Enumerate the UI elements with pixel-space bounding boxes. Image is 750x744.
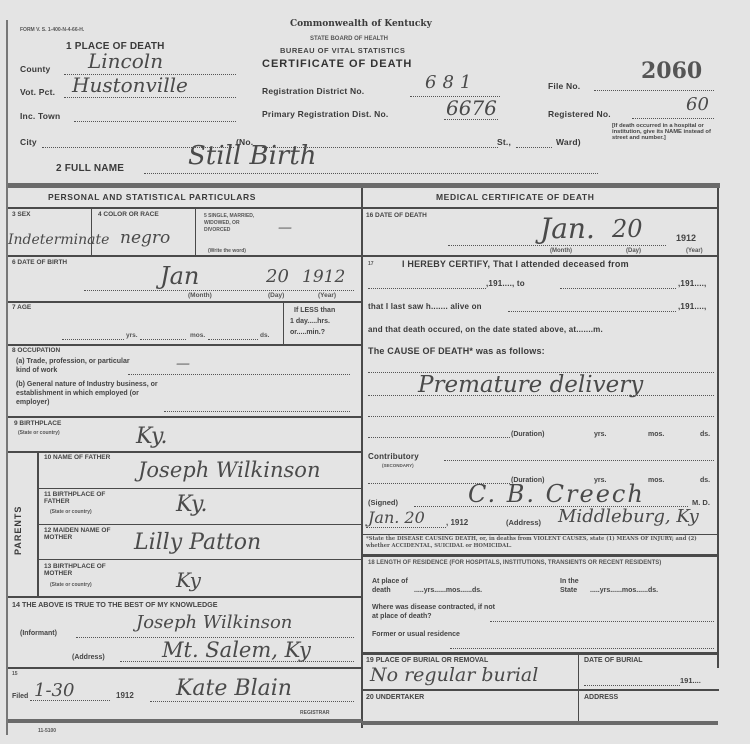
duration-ds-1: ds. bbox=[700, 431, 710, 438]
primary-registration-label: Primary Registration Dist. No. bbox=[262, 109, 388, 119]
right-border bbox=[717, 188, 719, 668]
bureau-title: BUREAU OF VITAL STATISTICS bbox=[280, 47, 405, 55]
dob-month[interactable]: Jan bbox=[160, 262, 199, 290]
age-label: 7 AGE bbox=[12, 305, 31, 312]
row-rule-burial bbox=[362, 652, 719, 655]
full-name-value[interactable]: Still Birth bbox=[188, 141, 317, 171]
county-label: County bbox=[20, 64, 50, 74]
commonwealth-title: Commonwealth of Kentucky bbox=[290, 19, 432, 29]
race-label: 4 COLOR OR RACE bbox=[98, 212, 159, 219]
personal-heading-rule bbox=[8, 207, 361, 209]
ward-label: Ward) bbox=[556, 137, 581, 147]
death-occurred-text: and that death occured, on the date stat… bbox=[368, 325, 603, 334]
signed-year: , 1912 bbox=[446, 519, 468, 527]
row-rule-filed bbox=[8, 667, 361, 669]
mother-name-label: 12 MAIDEN NAME OF MOTHER bbox=[44, 528, 124, 542]
age-days-unit: ds. bbox=[260, 332, 269, 339]
less-than-label: If LESS than bbox=[294, 307, 335, 314]
race-marital-divider bbox=[195, 209, 196, 255]
informant-heading: 14 THE ABOVE IS TRUE TO THE BEST OF MY K… bbox=[12, 601, 218, 609]
county-value[interactable]: Lincoln bbox=[88, 49, 163, 73]
occupation-label: 8 OCCUPATION bbox=[12, 348, 60, 355]
filed-date[interactable]: 1-30 bbox=[34, 680, 74, 701]
contributory-line bbox=[444, 460, 714, 461]
occupation-b-line bbox=[164, 411, 350, 412]
signed-label: (Signed) bbox=[368, 499, 398, 507]
certify-text: I HEREBY CERTIFY, That I attended deceas… bbox=[402, 259, 629, 269]
former-residence-label: Former or usual residence bbox=[372, 630, 462, 639]
sex-race-divider bbox=[91, 209, 92, 255]
dob-year-caption: (Year) bbox=[318, 292, 336, 299]
row-rule-age bbox=[8, 301, 361, 303]
inc-town-label: Inc. Town bbox=[20, 111, 60, 121]
full-name-line bbox=[144, 173, 598, 174]
undertaker-label: 20 UNDERTAKER bbox=[366, 694, 424, 701]
registrar-signature[interactable]: Kate Blain bbox=[176, 676, 292, 701]
street-st-label: St., bbox=[497, 137, 511, 147]
father-name-value[interactable]: Joseph Wilkinson bbox=[138, 458, 320, 482]
vot-pct-label: Vot. Pct. bbox=[20, 87, 55, 97]
in-state-units: .....yrs......mos......ds. bbox=[590, 587, 658, 594]
dod-year[interactable]: 1912 bbox=[676, 234, 696, 243]
in-state-label: In the State bbox=[560, 578, 590, 596]
filed-date-line bbox=[30, 700, 110, 701]
registered-no-value[interactable]: 60 bbox=[686, 94, 709, 115]
hospital-note: [If death occurred in a hospital or inst… bbox=[612, 123, 716, 141]
board-title: STATE BOARD OF HEALTH bbox=[310, 36, 388, 42]
contributory-label: Contributory bbox=[368, 452, 419, 461]
dod-year-caption: (Year) bbox=[686, 248, 703, 254]
duration-line-1 bbox=[368, 437, 510, 438]
attended-191-b: ,191...., bbox=[678, 279, 706, 288]
cause-line-2 bbox=[368, 395, 714, 396]
file-no-label: File No. bbox=[548, 81, 580, 91]
burial-value[interactable]: No regular burial bbox=[370, 664, 538, 686]
bottom-band-left bbox=[8, 719, 362, 723]
registrar-label: REGISTRAR bbox=[300, 710, 329, 716]
filed-label: Filed bbox=[12, 693, 28, 700]
attended-to-line bbox=[560, 288, 676, 289]
birthplace-label: 9 BIRTHPLACE bbox=[14, 421, 61, 428]
filed-year: 1912 bbox=[116, 692, 134, 700]
row-rule-undertaker bbox=[362, 689, 719, 691]
attended-from-line bbox=[368, 288, 486, 289]
at-place-units: .....yrs......mos......ds. bbox=[414, 587, 482, 594]
birthplace-value[interactable]: Ky. bbox=[136, 424, 168, 449]
personal-heading: PERSONAL AND STATISTICAL PARTICULARS bbox=[48, 192, 256, 202]
parents-label: PARENTS bbox=[13, 506, 23, 555]
row-rule-occupation bbox=[8, 344, 361, 346]
father-birthplace-label: 11 BIRTHPLACE OF FATHER bbox=[44, 492, 124, 506]
inc-town-line bbox=[74, 121, 236, 122]
less-than-min: or.....min.? bbox=[290, 329, 325, 336]
city-label: City bbox=[20, 137, 37, 147]
form-number: FORM V. S. 1-400-N-4-66-H. bbox=[20, 27, 84, 33]
file-number: 2060 bbox=[641, 58, 702, 84]
dod-month-caption: (Month) bbox=[550, 248, 572, 254]
mother-birthplace-label: 13 BIRTHPLACE OF MOTHER bbox=[44, 564, 124, 578]
dod-day[interactable]: 20 bbox=[612, 215, 643, 243]
occupation-a-line bbox=[128, 374, 350, 375]
dob-month-caption: (Month) bbox=[188, 292, 212, 299]
father-name-label: 10 NAME OF FATHER bbox=[44, 455, 114, 462]
contracted-label: Where was disease contracted, if not at … bbox=[372, 603, 502, 621]
signed-value[interactable]: C. B. Creech bbox=[468, 480, 645, 508]
informant-address-label: (Address) bbox=[72, 654, 105, 661]
marital-value[interactable]: — bbox=[278, 220, 292, 236]
dod-month[interactable]: Jan. bbox=[540, 212, 595, 245]
father-birthplace-value[interactable]: Ky. bbox=[176, 492, 208, 517]
sex-label: 3 SEX bbox=[12, 212, 30, 219]
row-rule-dob bbox=[8, 255, 361, 257]
field-15-number: 15 bbox=[12, 671, 18, 677]
age-less-divider bbox=[283, 302, 284, 344]
contracted-line bbox=[490, 621, 714, 622]
vot-pct-value[interactable]: Hustonville bbox=[72, 73, 188, 97]
secondary-label: (SECONDARY) bbox=[382, 463, 414, 468]
registered-no-label: Registered No. bbox=[548, 109, 611, 119]
occupation-b-label: (b) General nature of Industry business,… bbox=[16, 380, 166, 407]
primary-registration-value[interactable]: 6676 bbox=[446, 96, 497, 120]
burial-date-year: 191.... bbox=[680, 677, 701, 685]
sex-value[interactable]: Indeterminate bbox=[8, 232, 109, 248]
age-years-line bbox=[62, 339, 124, 340]
cause-label: The CAUSE OF DEATH* was as follows: bbox=[368, 346, 545, 356]
father-birthplace-hint: (State or country) bbox=[50, 509, 92, 515]
last-saw-line bbox=[508, 311, 676, 312]
certificate-title: CERTIFICATE OF DEATH bbox=[262, 58, 412, 70]
less-than-day: 1 day.....hrs. bbox=[290, 318, 330, 325]
bottom-band-right bbox=[362, 721, 718, 725]
row-rule-footnote bbox=[362, 534, 719, 535]
attended-191-a: ,191...., to bbox=[486, 279, 525, 288]
row-rule-parents bbox=[8, 451, 361, 453]
dob-line bbox=[84, 290, 354, 291]
marital-label: 5 SINGLE, MARRIED, WIDOWED, OR DIVORCED bbox=[204, 213, 264, 233]
birthplace-hint: (State or country) bbox=[18, 430, 60, 436]
occupation-a-value[interactable]: — bbox=[176, 356, 190, 372]
vot-pct-line bbox=[64, 97, 236, 98]
dob-day-caption: (Day) bbox=[268, 292, 284, 299]
center-divider bbox=[361, 188, 363, 728]
age-years-unit: yrs. bbox=[126, 332, 138, 339]
mother-birthplace-hint: (State or country) bbox=[50, 582, 92, 588]
signed-date[interactable]: Jan. 20 bbox=[368, 508, 425, 527]
duration-ds-2: ds. bbox=[700, 477, 710, 484]
last-saw-text: that I last saw h....... alive on bbox=[368, 302, 482, 311]
row-rule-certify bbox=[362, 255, 719, 257]
file-no-line bbox=[594, 90, 714, 91]
last-saw-end: ,191...., bbox=[678, 302, 706, 311]
full-name-label: 2 FULL NAME bbox=[56, 163, 124, 174]
mother-rule bbox=[38, 559, 361, 560]
dob-year[interactable]: 1912 bbox=[302, 267, 345, 287]
burial-date-label: DATE OF BURIAL bbox=[584, 657, 643, 664]
row-rule-birthplace bbox=[8, 416, 361, 418]
cause-line-3 bbox=[368, 416, 714, 417]
mother-birthplace-value[interactable]: Ky bbox=[176, 568, 201, 592]
registrar-line bbox=[150, 701, 354, 702]
duration-label-1: (Duration) bbox=[511, 431, 544, 438]
age-months-line bbox=[140, 339, 186, 340]
registration-district-value[interactable]: 681 bbox=[425, 72, 477, 93]
ward-line bbox=[516, 147, 552, 148]
registration-district-label: Registration District No. bbox=[262, 86, 364, 96]
occupation-a-label: (a) Trade, profession, or particular kin… bbox=[16, 357, 136, 375]
dod-line bbox=[448, 245, 666, 246]
medical-heading-rule bbox=[362, 207, 719, 209]
footer-code: 11-5100 bbox=[38, 728, 56, 734]
certify-number: 17 bbox=[368, 261, 374, 267]
row-rule-residence bbox=[362, 554, 719, 557]
row-rule-informant bbox=[8, 596, 361, 598]
burial-date-line bbox=[584, 685, 680, 686]
dob-day[interactable]: 20 bbox=[266, 266, 289, 287]
undertaker-address-label: ADDRESS bbox=[584, 694, 618, 701]
age-days-line bbox=[208, 339, 258, 340]
signed-date-line bbox=[366, 527, 446, 528]
informant-label: (Informant) bbox=[20, 630, 57, 637]
dod-day-caption: (Day) bbox=[626, 248, 641, 254]
dod-label: 16 DATE OF DEATH bbox=[366, 213, 427, 220]
address-label: (Address) bbox=[506, 519, 541, 527]
duration-mos-1: mos. bbox=[648, 431, 664, 438]
father-birthplace-rule bbox=[38, 524, 361, 525]
left-border bbox=[6, 20, 8, 735]
marital-hint: (Write the word) bbox=[208, 248, 246, 254]
header-separator bbox=[8, 183, 720, 188]
mother-name-value[interactable]: Lilly Patton bbox=[134, 530, 261, 555]
residence-heading: 18 LENGTH OF RESIDENCE (FOR HOSPITALS, I… bbox=[368, 560, 714, 568]
burial-date-divider bbox=[578, 654, 579, 721]
dob-label: 6 DATE OF BIRTH bbox=[12, 260, 67, 267]
former-residence-line bbox=[450, 648, 714, 649]
duration-yrs-1: yrs. bbox=[594, 431, 606, 438]
race-value[interactable]: negro bbox=[120, 228, 170, 248]
informant-value[interactable]: Joseph Wilkinson bbox=[136, 612, 292, 633]
address-value[interactable]: Middleburg, Ky bbox=[558, 506, 699, 527]
medical-heading: MEDICAL CERTIFICATE OF DEATH bbox=[436, 192, 594, 202]
footnote: *State the DISEASE CAUSING DEATH, or, in… bbox=[366, 536, 716, 550]
at-place-label: At place of death bbox=[372, 578, 412, 596]
age-months-unit: mos. bbox=[190, 332, 205, 339]
duration-mos-2: mos. bbox=[648, 477, 664, 484]
informant-address-value[interactable]: Mt. Salem, Ky bbox=[162, 638, 311, 662]
father-rule bbox=[38, 488, 361, 489]
registered-no-line bbox=[632, 118, 714, 119]
